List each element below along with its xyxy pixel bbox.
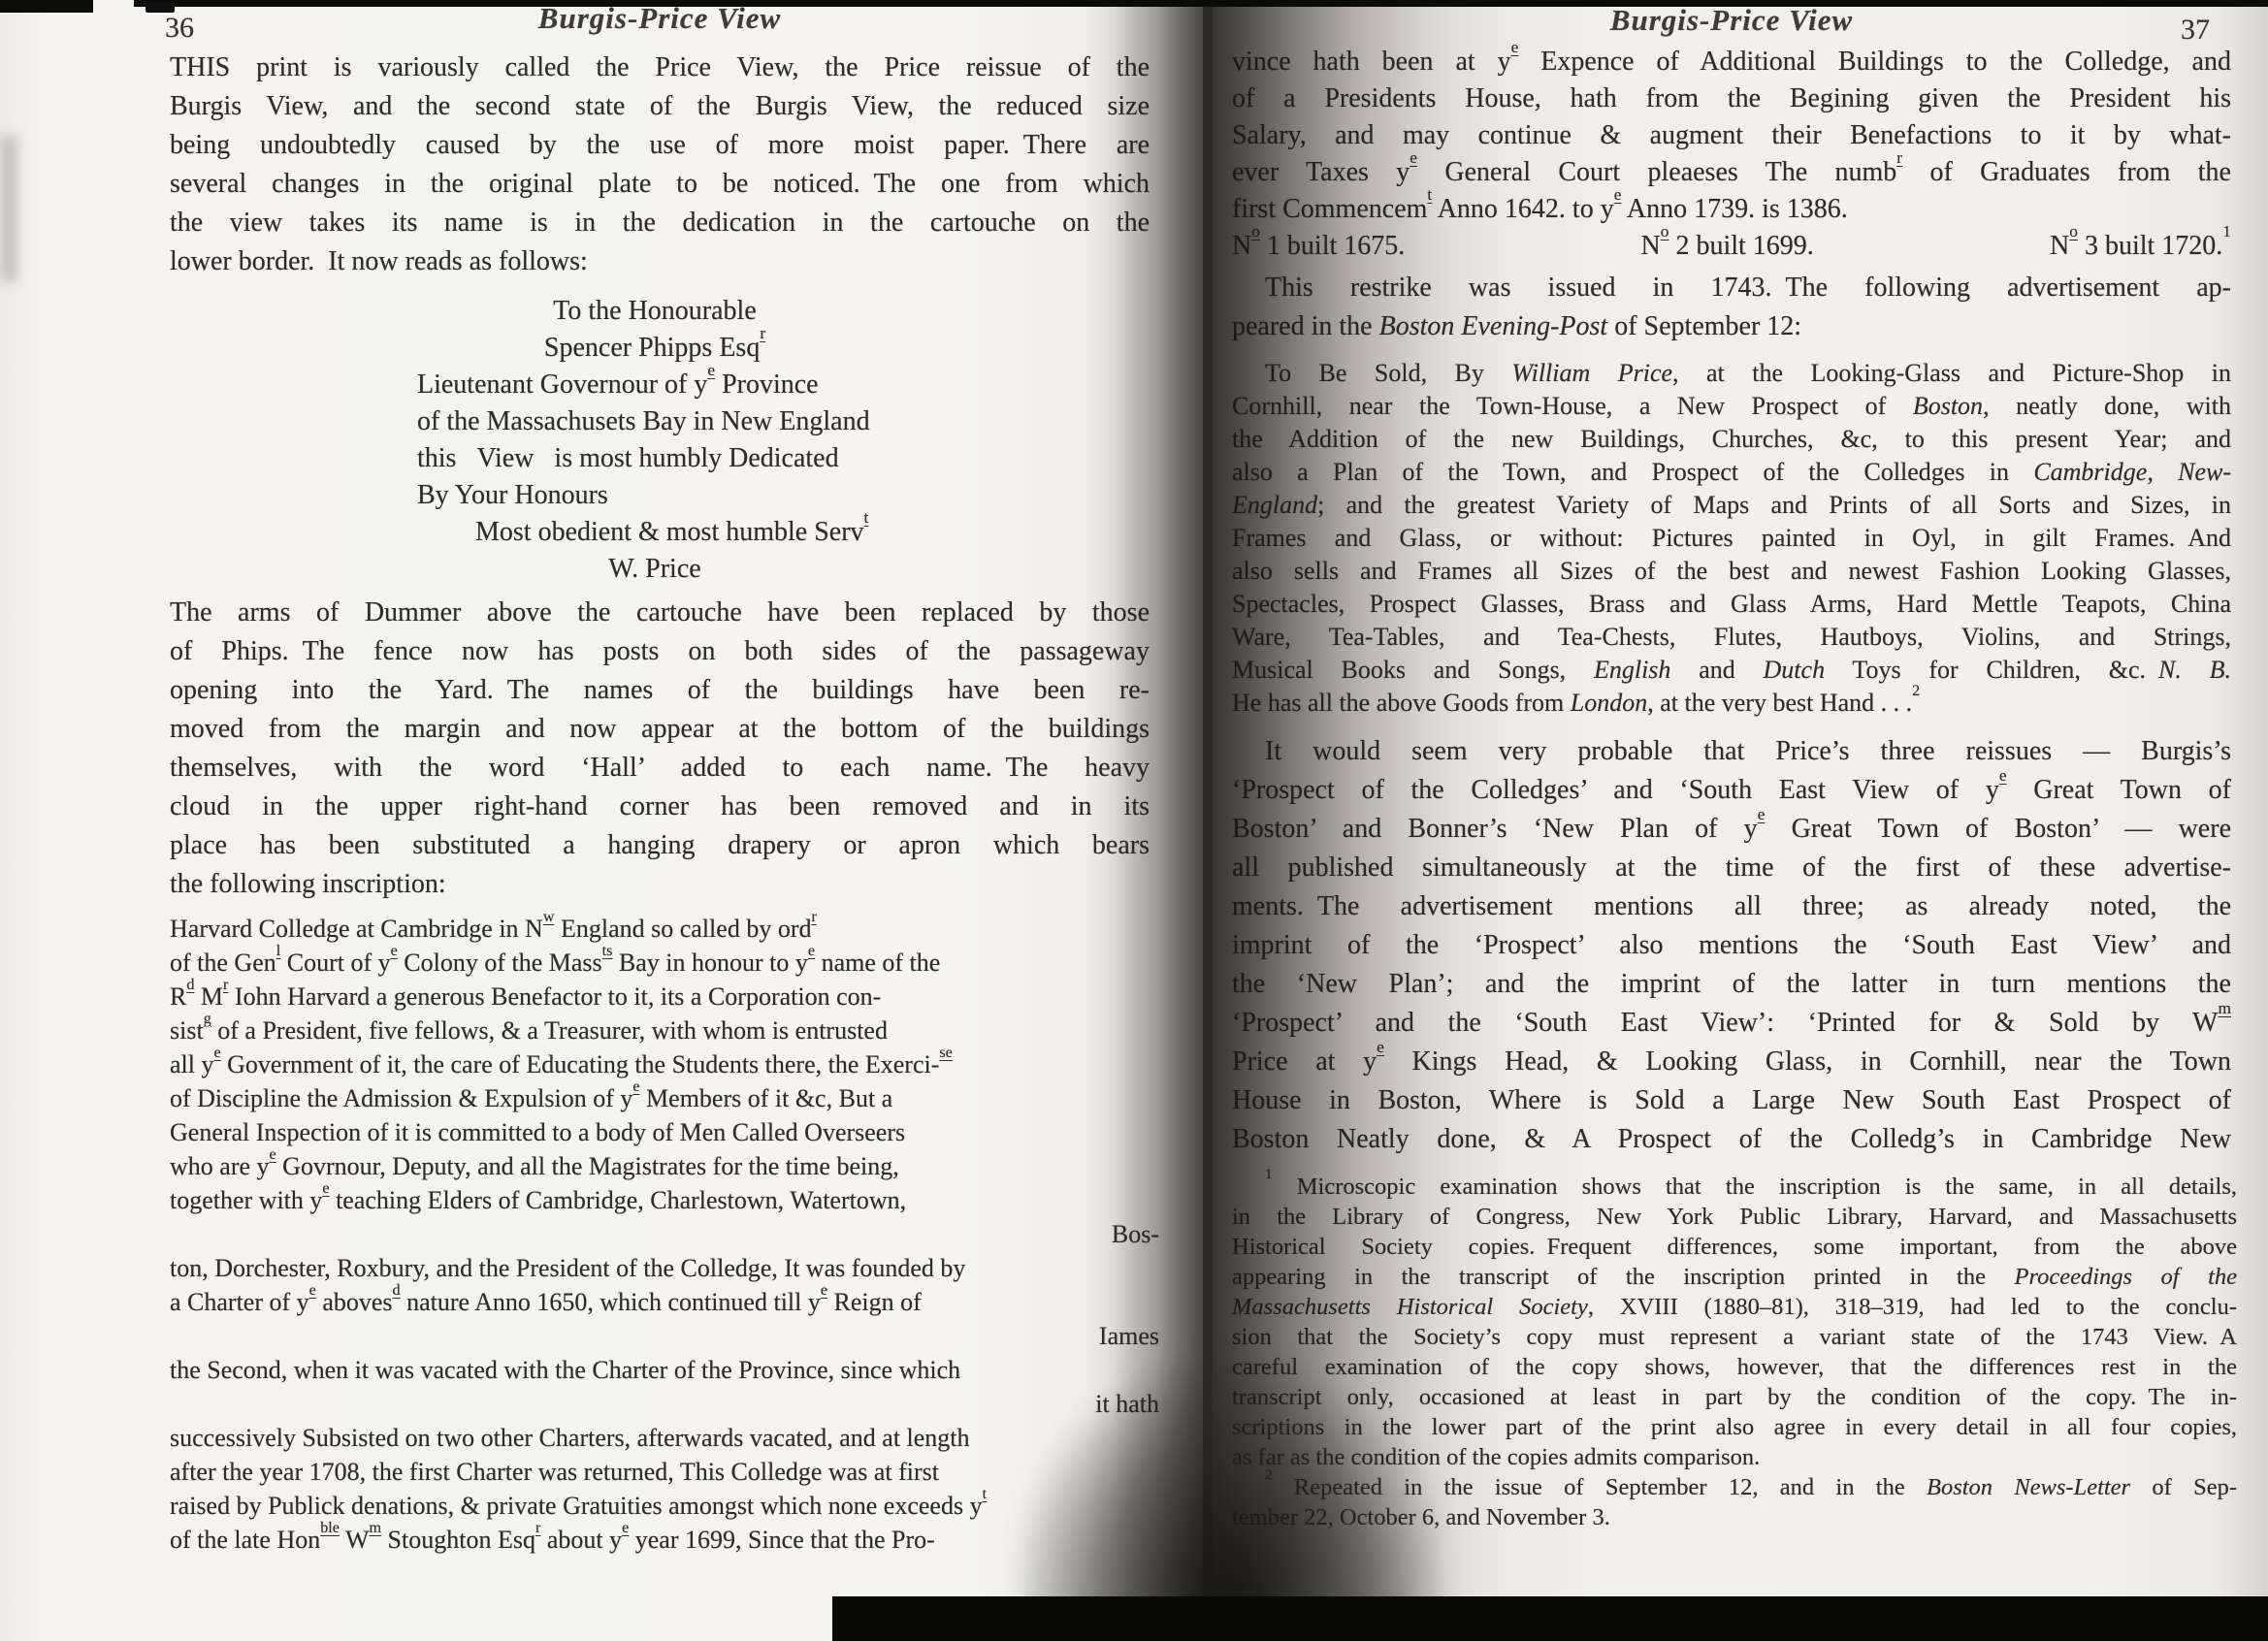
- text-line: place has been substituted a hanging dra…: [170, 826, 1150, 865]
- text-line: several changes in the original plate to…: [170, 165, 1150, 204]
- text-line: Spectacles, Prospect Glasses, Brass and …: [1232, 588, 2231, 621]
- text-line: also a Plan of the Town, and Prospect of…: [1232, 456, 2231, 489]
- text-line: of the Massachusets Bay in New England: [417, 403, 892, 440]
- running-head-right: Burgis-Price View: [1232, 3, 2231, 38]
- text-line: No 1 built 1675.No 2 built 1699.No 3 bui…: [1232, 228, 2231, 265]
- left-edge-smudge: [0, 136, 17, 281]
- text-line: Rd Mr Iohn Harvard a generous Benefactor…: [170, 980, 1159, 1014]
- text-line: also sells and Frames all Sizes of the b…: [1232, 555, 2231, 588]
- text-line: To Be Sold, By William Price, at the Loo…: [1232, 357, 2231, 390]
- text-line: Frames and Glass, or without: Pictures p…: [1232, 522, 2231, 555]
- text-line: Iames: [170, 1319, 1159, 1353]
- text-line: raised by Publick denations, & private G…: [170, 1489, 1159, 1523]
- dedication-block: To the HonourableSpencer Phipps EsqrLieu…: [417, 293, 892, 588]
- text-line: opening into the Yard. The names of the …: [170, 671, 1150, 710]
- text-line: the ‘New Plan’; and the imprint of the l…: [1232, 965, 2231, 1004]
- text-line: ‘Prospect’ and the ‘South East View’: ‘P…: [1232, 1004, 2231, 1043]
- text-line: ton, Dorchester, Roxbury, and the Presid…: [170, 1251, 1159, 1285]
- paragraph-probable: It would seem very probable that Price’s…: [1232, 732, 2231, 1159]
- text-line: Boston Neatly done, & A Prospect of the …: [1232, 1120, 2231, 1159]
- advertisement-extract: To Be Sold, By William Price, at the Loo…: [1232, 357, 2231, 720]
- inscription-extract: Harvard Colledge at Cambridge in Nw Engl…: [170, 912, 1159, 1557]
- text-line: sistg of a President, five fellows, & a …: [170, 1014, 1159, 1047]
- text-line: successively Subsisted on two other Char…: [170, 1421, 1159, 1455]
- text-line: cloud in the upper right-hand corner has…: [170, 788, 1150, 826]
- text-line: Musical Books and Songs, English and Dut…: [1232, 654, 2231, 687]
- text-line: who are ye Govrnour, Deputy, and all the…: [170, 1149, 1159, 1183]
- scan-artifact-corner: [0, 0, 93, 13]
- text-line: ments. The advertisement mentions all th…: [1232, 887, 2231, 926]
- text-line: THIS print is variously called the Price…: [170, 48, 1150, 87]
- text-line: lower border. It now reads as follows:: [170, 242, 1150, 281]
- text-line: Price at ye Kings Head, & Looking Glass,…: [1232, 1043, 2231, 1081]
- text-line: General Inspection of it is committed to…: [170, 1115, 1159, 1149]
- text-line: after the year 1708, the first Charter w…: [170, 1455, 1159, 1489]
- text-line: being undoubtedly caused by the use of m…: [170, 126, 1150, 165]
- text-line: By Your Honours: [417, 477, 892, 514]
- text-line: Cornhill, near the Town-House, a New Pro…: [1232, 390, 2231, 423]
- text-line: Salary, and may continue & augment their…: [1232, 117, 2231, 154]
- text-line: He has all the above Goods from London, …: [1232, 687, 2231, 720]
- text-line: in the Library of Congress, New York Pub…: [1232, 1202, 2237, 1232]
- text-line: vince hath been at ye Expence of Additio…: [1232, 44, 2231, 80]
- scan-artifact-bottom-band: [832, 1596, 2268, 1641]
- text-line: Harvard Colledge at Cambridge in Nw Engl…: [170, 912, 1159, 946]
- paragraph-continuation: vince hath been at ye Expence of Additio…: [1232, 44, 2231, 265]
- footnote-1: 1 Microscopic examination shows that the…: [1232, 1172, 2237, 1472]
- text-line: of Phips. The fence now has posts on bot…: [170, 632, 1150, 671]
- text-line: scriptions in the lower part of the prin…: [1232, 1412, 2237, 1442]
- text-line: first Commencemt Anno 1642. to ye Anno 1…: [1232, 191, 2231, 228]
- text-line: of the late Honble Wm Stoughton Esqr abo…: [170, 1523, 1159, 1557]
- scan-artifact-mark: [146, 3, 175, 13]
- text-line: The arms of Dummer above the cartouche h…: [170, 594, 1150, 632]
- text-line: This restrike was issued in 1743. The fo…: [1232, 269, 2231, 307]
- text-line: appearing in the transcript of the inscr…: [1232, 1262, 2237, 1292]
- text-line: themselves, with the word ‘Hall’ added t…: [170, 749, 1150, 788]
- text-line: Lieutenant Governour of ye Province: [417, 367, 892, 403]
- text-line: this View is most humbly Dedicated: [417, 440, 892, 477]
- book-scan: 36 Burgis-Price View Burgis-Price View 3…: [0, 0, 2268, 1641]
- page-number-right: 37: [2181, 14, 2210, 47]
- text-line: imprint of the ‘Prospect’ also mentions …: [1232, 926, 2231, 965]
- text-line: peared in the Boston Evening-Post of Sep…: [1232, 307, 2231, 346]
- paragraph-restrike: This restrike was issued in 1743. The fo…: [1232, 269, 2231, 346]
- text-line: ever Taxes ye General Court pleaeses The…: [1232, 154, 2231, 191]
- text-line: 2 Repeated in the issue of September 12,…: [1232, 1472, 2237, 1502]
- text-line: tember 22, October 6, and November 3.: [1232, 1502, 2237, 1532]
- text-line: House in Boston, Where is Sold a Large N…: [1232, 1081, 2231, 1120]
- text-line: a Charter of ye abovesd nature Anno 1650…: [170, 1285, 1159, 1319]
- text-line: of the Genl Court of ye Colony of the Ma…: [170, 946, 1159, 980]
- text-line: the following inscription:: [170, 865, 1150, 904]
- text-line: Spencer Phipps Esqr: [417, 330, 892, 367]
- text-line: England; and the greatest Variety of Map…: [1232, 489, 2231, 522]
- text-line: Massachusetts Historical Society, XVIII …: [1232, 1292, 2237, 1322]
- text-line: 1 Microscopic examination shows that the…: [1232, 1172, 2237, 1202]
- text-line: it hath: [170, 1387, 1159, 1421]
- text-line: Most obedient & most humble Servt: [417, 514, 892, 551]
- text-line: ‘Prospect of the Colledges’ and ‘South E…: [1232, 771, 2231, 810]
- text-line: W. Price: [417, 551, 892, 588]
- text-line: the Addition of the new Buildings, Churc…: [1232, 423, 2231, 456]
- text-line: moved from the margin and now appear at …: [170, 710, 1150, 749]
- text-line: of a Presidents House, hath from the Beg…: [1232, 80, 2231, 117]
- text-line: Bos-: [170, 1217, 1159, 1251]
- text-line: the view takes its name is in the dedica…: [170, 204, 1150, 242]
- text-line: all ye Government of it, the care of Edu…: [170, 1047, 1159, 1081]
- text-line: transcript only, occasioned at least in …: [1232, 1382, 2237, 1412]
- text-line: careful examination of the copy shows, h…: [1232, 1352, 2237, 1382]
- scan-artifact-top-bar: [134, 0, 2268, 7]
- paragraph-opening: THIS print is variously called the Price…: [170, 48, 1150, 281]
- text-line: It would seem very probable that Price’s…: [1232, 732, 2231, 771]
- text-line: together with ye teaching Elders of Camb…: [170, 1183, 1159, 1217]
- paragraph-arms-of-dummer: The arms of Dummer above the cartouche h…: [170, 594, 1150, 904]
- footnote-2: 2 Repeated in the issue of September 12,…: [1232, 1472, 2237, 1532]
- text-line: Boston’ and Bonner’s ‘New Plan of ye Gre…: [1232, 810, 2231, 849]
- text-line: as far as the condition of the copies ad…: [1232, 1442, 2237, 1472]
- text-line: To the Honourable: [417, 293, 892, 330]
- text-line: sion that the Society’s copy must repres…: [1232, 1322, 2237, 1352]
- text-line: Burgis View, and the second state of the…: [170, 87, 1150, 126]
- text-line: the Second, when it was vacated with the…: [170, 1353, 1159, 1387]
- text-line: Ware, Tea-Tables, and Tea-Chests, Flutes…: [1232, 621, 2231, 654]
- text-line: all published simultaneously at the time…: [1232, 849, 2231, 887]
- text-line: of Discipline the Admission & Expulsion …: [170, 1081, 1159, 1115]
- text-line: Historical Society copies. Frequent diff…: [1232, 1232, 2237, 1262]
